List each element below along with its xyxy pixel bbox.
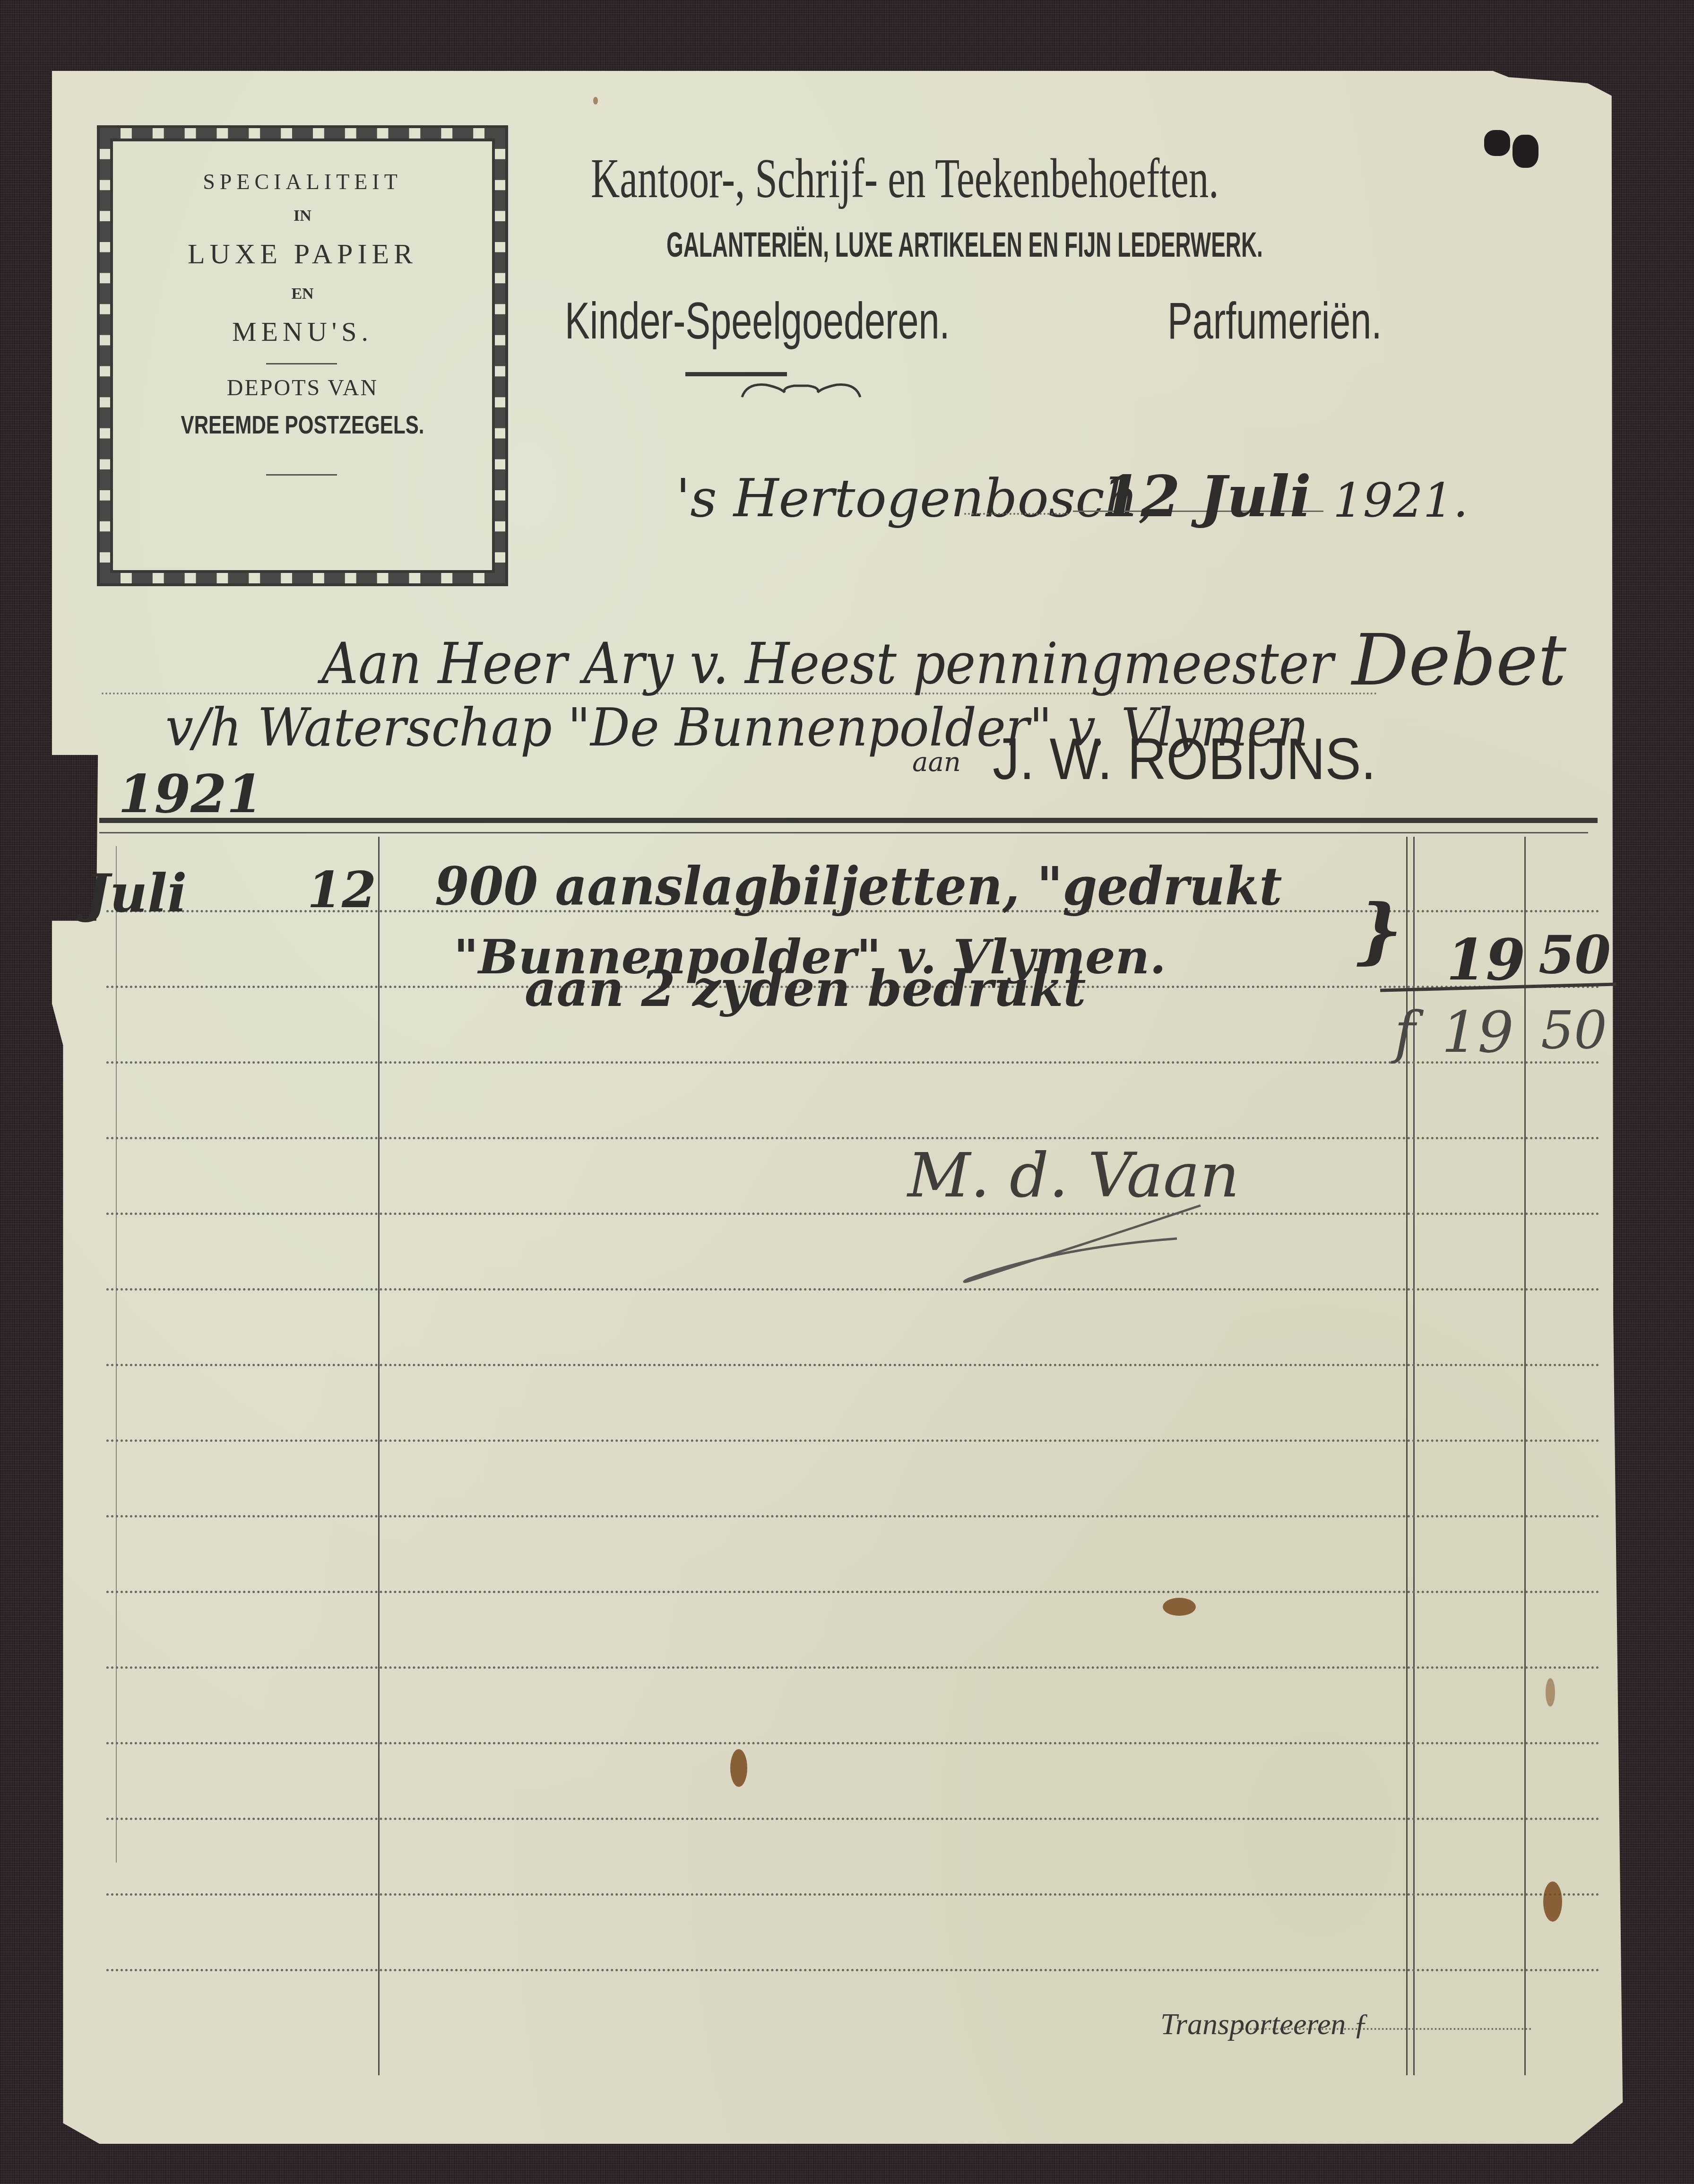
dateline-place: 's Hertogenbosch, [676,468,1155,529]
debet-label: Debet [1352,619,1566,702]
dateline-dots [964,513,1068,515]
letterhead-kinder-speelgoederen: Kinder-Speelgoederen. [565,291,950,351]
box-depots-van: DEPOTS VAN [110,375,495,401]
merchant-name: J. W. ROBIJNS. [993,726,1376,793]
column-line-cents [1524,837,1526,2075]
entry-guilders: 19 [1446,927,1525,993]
box-menus: MENU'S. [110,316,495,347]
column-line-margin [116,846,117,1863]
box-in: IN [110,207,495,225]
signature-flourish-icon [912,1196,1219,1291]
box-divider [266,363,337,364]
entry-description-line-1: 900 aanslagbiljetten, "gedrukt [435,856,1282,917]
transporteeren-label: Transporteeren ƒ [1160,2007,1368,2042]
entry-cents: 50 [1538,924,1611,985]
ledger-year: 1921 [118,763,263,824]
paper-hole [1484,130,1510,156]
rust-stain-2 [1163,1598,1196,1616]
box-specialiteit: SPECIALITEIT [110,169,495,194]
box-divider-2 [266,474,337,476]
entry-month: Juli [85,863,187,924]
total-currency-symbol: f [1394,1000,1415,1066]
total-guilders: 19 [1442,1000,1514,1066]
entry-day: 12 [307,860,376,919]
letterhead-parfumerien: Parfumeriën. [1167,291,1382,351]
ornament-flourish-icon [737,378,865,402]
rust-stain-4 [1546,1678,1555,1707]
dateline-day-month: 12 Juli [1101,463,1311,530]
entry-description-line-3: aan 2 zyden bedrukt [525,960,1086,1018]
ledger-heavy-rule [99,818,1598,823]
dateline-year: 1921. [1333,473,1468,528]
column-line-date [378,837,380,2075]
brace-icon: } [1357,889,1402,972]
ornamental-border-box: SPECIALITEIT IN LUXE PAPIER EN MENU'S. D… [97,125,508,586]
ledger-thin-rule [99,832,1588,833]
total-cents: 50 [1541,1000,1607,1060]
rust-stain-1 [730,1749,747,1787]
addressee-line-1: Aan Heer Ary v. Heest penningmeester [321,631,1333,697]
aan-label: aan [912,747,961,778]
box-vreemde-postzegels: VREEMDE POSTZEGELS. [110,410,495,440]
box-luxe-papier: LUXE PAPIER [110,238,495,270]
rust-stain-3 [1543,1881,1562,1922]
rust-speck [593,97,598,104]
letterhead-subtitle: GALANTERIËN, LUXE ARTIKELEN EN FIJN LEDE… [666,225,1628,266]
ornament-rule [685,372,787,376]
letterhead-title: Kantoor-, Schrijf- en Teekenbehoeften. [591,147,1219,211]
paper-hole-2 [1512,135,1538,168]
box-en: EN [110,285,495,303]
